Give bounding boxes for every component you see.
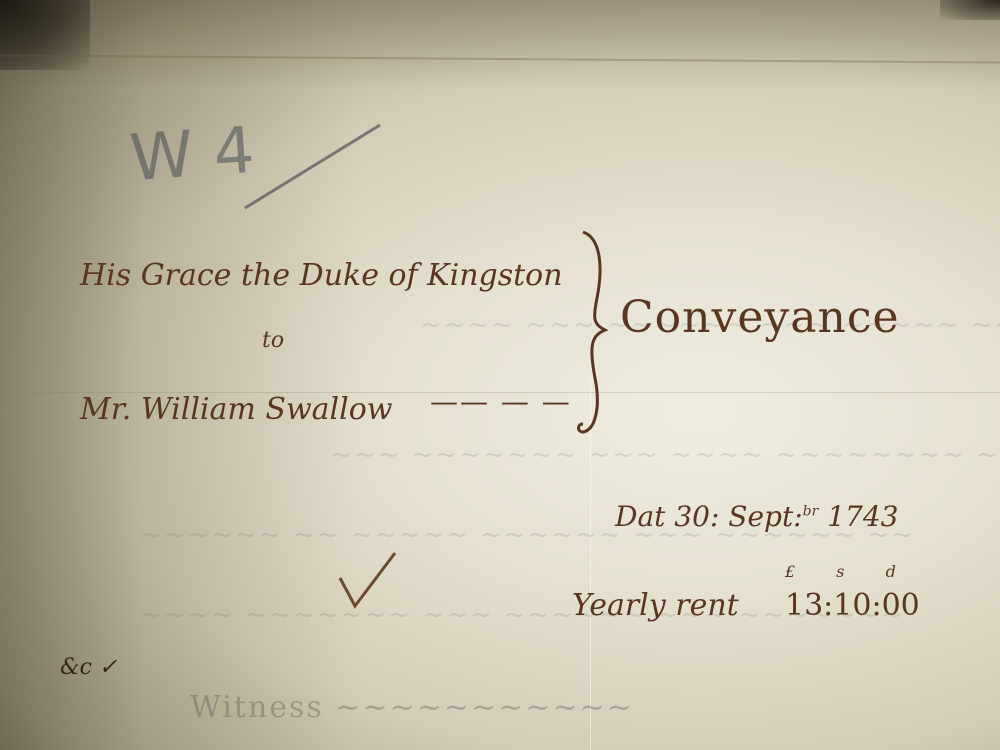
pencil-note: W 4 <box>128 114 257 196</box>
date-year: 1743 <box>827 500 898 533</box>
dark-corner-top-left <box>0 0 90 70</box>
rent-amount: 13:10:00 <box>785 588 920 623</box>
checkmark-icon <box>335 548 400 613</box>
curly-brace-icon <box>575 228 615 438</box>
grantee-dash: —— — — <box>430 385 572 418</box>
instrument-type: Conveyance <box>620 292 900 343</box>
bleed-through-line: Witness ~~~~~~~~~~~ <box>190 690 634 725</box>
shadow-top <box>0 0 1000 90</box>
shadow-left <box>0 0 360 750</box>
bleed-through-line: ~~~ ~~~~~~~ ~~~ ~~~~ ~~~~~~~~ ~~ ~~~~~ <box>330 440 1000 470</box>
etc-mark: &c ✓ <box>60 655 117 680</box>
rent-label: Yearly rent <box>572 588 739 623</box>
currency-marks: £ s d <box>785 562 914 581</box>
date-prefix: Dat <box>615 500 665 533</box>
dark-corner-top-right <box>940 0 1000 20</box>
document-photo: ~~~~ ~~~ ~~~~~~ ~~~ ~~~~~ ~~~~~~ ~~~~ ~~… <box>0 0 1000 750</box>
grantor-name: His Grace the Duke of Kingston <box>80 258 563 293</box>
date-text: 30: Sept: <box>674 500 802 533</box>
connector-to: to <box>262 328 284 353</box>
pencil-strike-icon <box>240 120 390 215</box>
date-superscript: br <box>803 504 819 520</box>
grantee-name: Mr. William Swallow <box>80 392 392 427</box>
date-line: Dat 30: Sept:br 1743 <box>615 500 898 533</box>
